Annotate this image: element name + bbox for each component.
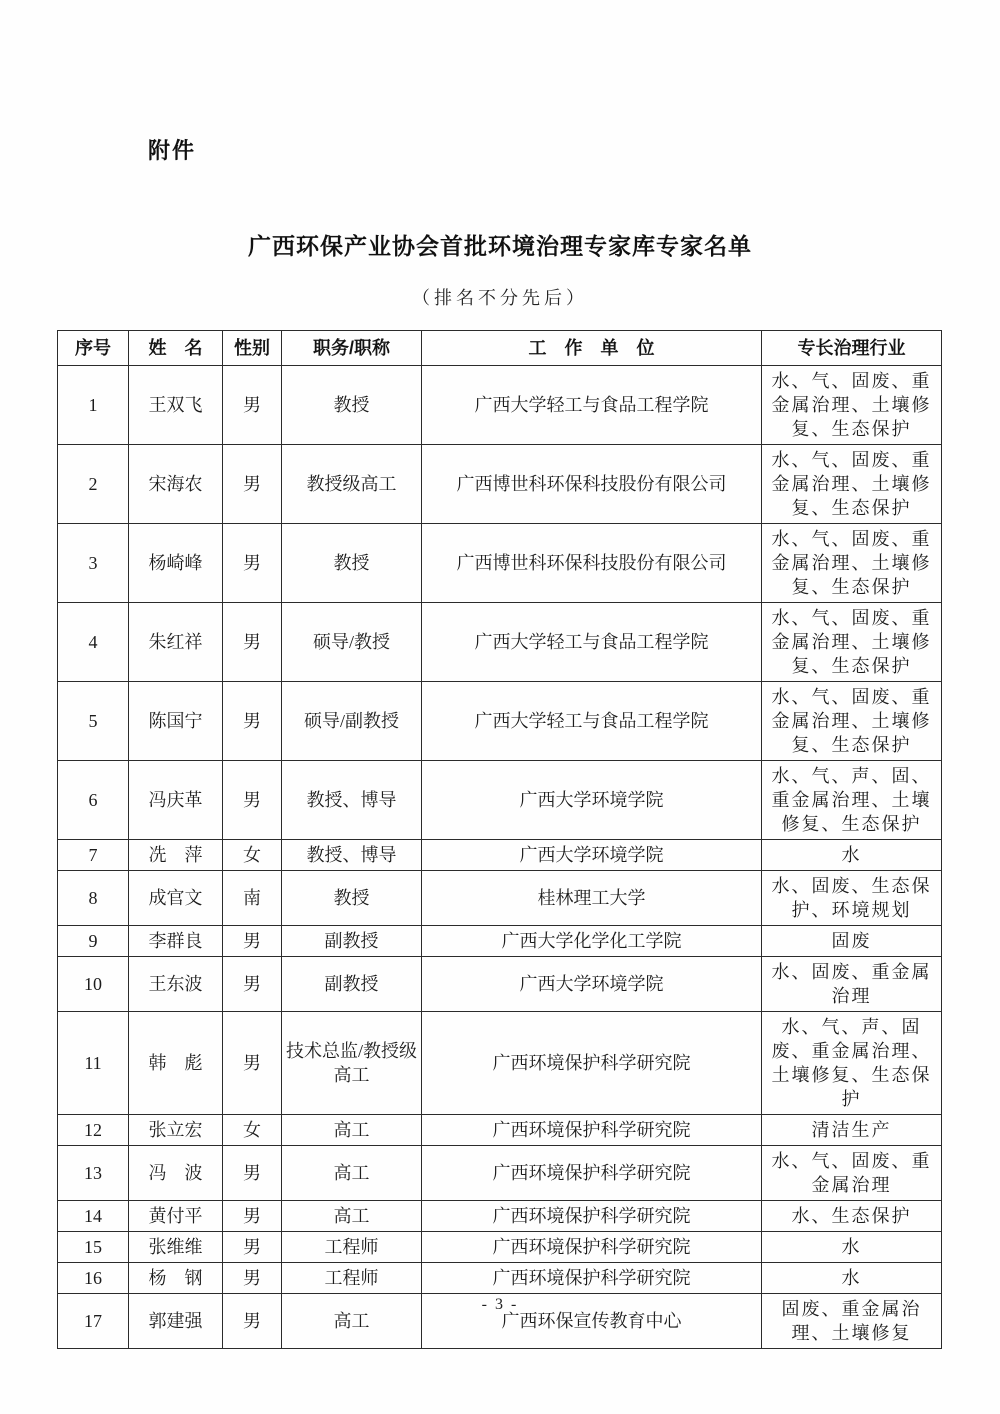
- cell-gender: 男: [223, 1263, 282, 1294]
- cell-workunit: 广西博世科环保科技股份有限公司: [422, 445, 762, 524]
- column-header-workunit: 工 作 单 位: [422, 331, 762, 366]
- cell-gender: 男: [223, 682, 282, 761]
- cell-name: 成官文: [129, 871, 223, 926]
- cell-gender: 男: [223, 957, 282, 1012]
- cell-specialty: 水、气、声、固废、重金属治理、土壤修复、生态保护: [762, 1012, 942, 1115]
- cell-index: 5: [58, 682, 129, 761]
- cell-name: 张维维: [129, 1232, 223, 1263]
- cell-title: 教授级高工: [282, 445, 422, 524]
- column-header-index: 序号: [58, 331, 129, 366]
- cell-name: 朱红祥: [129, 603, 223, 682]
- cell-specialty: 固废: [762, 926, 942, 957]
- cell-specialty: 水、生态保护: [762, 1201, 942, 1232]
- cell-specialty: 水、气、声、固、重金属治理、土壤修复、生态保护: [762, 761, 942, 840]
- cell-index: 2: [58, 445, 129, 524]
- cell-gender: 男: [223, 366, 282, 445]
- cell-title: 工程师: [282, 1263, 422, 1294]
- cell-title: 教授、博导: [282, 761, 422, 840]
- cell-index: 13: [58, 1146, 129, 1201]
- cell-specialty: 水、气、固废、重金属治理: [762, 1146, 942, 1201]
- cell-index: 3: [58, 524, 129, 603]
- cell-specialty: 水: [762, 840, 942, 871]
- cell-index: 6: [58, 761, 129, 840]
- cell-workunit: 广西博世科环保科技股份有限公司: [422, 524, 762, 603]
- table-row: 9李群良男副教授广西大学化学化工学院固废: [58, 926, 942, 957]
- cell-name: 王东波: [129, 957, 223, 1012]
- cell-gender: 南: [223, 871, 282, 926]
- cell-gender: 男: [223, 926, 282, 957]
- cell-workunit: 桂林理工大学: [422, 871, 762, 926]
- table-row: 15张维维男工程师广西环境保护科学研究院水: [58, 1232, 942, 1263]
- column-header-title: 职务/职称: [282, 331, 422, 366]
- table-row: 8成官文南教授桂林理工大学水、固废、生态保护、环境规划: [58, 871, 942, 926]
- experts-table: 序号 姓 名 性别 职务/职称 工 作 单 位 专长治理行业 1王双飞男教授广西…: [57, 330, 942, 1349]
- cell-name: 陈国宁: [129, 682, 223, 761]
- cell-specialty: 水、气、固废、重金属治理、土壤修复、生态保护: [762, 366, 942, 445]
- cell-gender: 男: [223, 761, 282, 840]
- page-number: - 3 -: [0, 1296, 1000, 1314]
- cell-name: 杨 钢: [129, 1263, 223, 1294]
- cell-name: 韩 彪: [129, 1012, 223, 1115]
- cell-specialty: 清洁生产: [762, 1115, 942, 1146]
- cell-specialty: 水、固废、生态保护、环境规划: [762, 871, 942, 926]
- cell-title: 教授: [282, 524, 422, 603]
- cell-index: 4: [58, 603, 129, 682]
- document-page: 附件 广西环保产业协会首批环境治理专家库专家名单 （排名不分先后） 序号 姓 名…: [0, 0, 1000, 1414]
- page-title: 广西环保产业协会首批环境治理专家库专家名单: [0, 228, 1000, 261]
- cell-title: 高工: [282, 1201, 422, 1232]
- cell-workunit: 广西大学化学化工学院: [422, 926, 762, 957]
- cell-workunit: 广西大学环境学院: [422, 840, 762, 871]
- cell-title: 硕导/副教授: [282, 682, 422, 761]
- cell-title: 高工: [282, 1146, 422, 1201]
- cell-workunit: 广西大学轻工与食品工程学院: [422, 366, 762, 445]
- cell-gender: 男: [223, 445, 282, 524]
- table-row: 7冼 萍女教授、博导广西大学环境学院水: [58, 840, 942, 871]
- cell-specialty: 水、固废、重金属治理: [762, 957, 942, 1012]
- cell-index: 7: [58, 840, 129, 871]
- table-row: 12张立宏女高工广西环境保护科学研究院清洁生产: [58, 1115, 942, 1146]
- table-row: 11韩 彪男技术总监/教授级高工广西环境保护科学研究院水、气、声、固废、重金属治…: [58, 1012, 942, 1115]
- cell-index: 15: [58, 1232, 129, 1263]
- cell-index: 9: [58, 926, 129, 957]
- table-row: 1王双飞男教授广西大学轻工与食品工程学院水、气、固废、重金属治理、土壤修复、生态…: [58, 366, 942, 445]
- cell-gender: 女: [223, 840, 282, 871]
- page-subtitle: （排名不分先后）: [0, 284, 1000, 310]
- cell-specialty: 水: [762, 1263, 942, 1294]
- cell-workunit: 广西环境保护科学研究院: [422, 1146, 762, 1201]
- column-header-gender: 性别: [223, 331, 282, 366]
- cell-title: 教授: [282, 871, 422, 926]
- cell-specialty: 水、气、固废、重金属治理、土壤修复、生态保护: [762, 603, 942, 682]
- cell-name: 冯庆革: [129, 761, 223, 840]
- cell-gender: 男: [223, 524, 282, 603]
- cell-gender: 女: [223, 1115, 282, 1146]
- cell-index: 10: [58, 957, 129, 1012]
- cell-name: 黄付平: [129, 1201, 223, 1232]
- cell-gender: 男: [223, 1146, 282, 1201]
- table-row: 16杨 钢男工程师广西环境保护科学研究院水: [58, 1263, 942, 1294]
- table-row: 13冯 波男高工广西环境保护科学研究院水、气、固废、重金属治理: [58, 1146, 942, 1201]
- cell-specialty: 水、气、固废、重金属治理、土壤修复、生态保护: [762, 445, 942, 524]
- cell-name: 王双飞: [129, 366, 223, 445]
- cell-title: 副教授: [282, 957, 422, 1012]
- column-header-name: 姓 名: [129, 331, 223, 366]
- cell-name: 杨崎峰: [129, 524, 223, 603]
- cell-workunit: 广西大学轻工与食品工程学院: [422, 682, 762, 761]
- cell-name: 李群良: [129, 926, 223, 957]
- table-header-row: 序号 姓 名 性别 职务/职称 工 作 单 位 专长治理行业: [58, 331, 942, 366]
- table-row: 6冯庆革男教授、博导广西大学环境学院水、气、声、固、重金属治理、土壤修复、生态保…: [58, 761, 942, 840]
- table-row: 2宋海农男教授级高工广西博世科环保科技股份有限公司水、气、固废、重金属治理、土壤…: [58, 445, 942, 524]
- cell-title: 硕导/教授: [282, 603, 422, 682]
- cell-title: 教授: [282, 366, 422, 445]
- cell-index: 14: [58, 1201, 129, 1232]
- cell-index: 16: [58, 1263, 129, 1294]
- table-row: 10王东波男副教授广西大学环境学院水、固废、重金属治理: [58, 957, 942, 1012]
- cell-name: 宋海农: [129, 445, 223, 524]
- cell-title: 工程师: [282, 1232, 422, 1263]
- table-row: 3杨崎峰男教授广西博世科环保科技股份有限公司水、气、固废、重金属治理、土壤修复、…: [58, 524, 942, 603]
- cell-name: 冼 萍: [129, 840, 223, 871]
- cell-gender: 男: [223, 1232, 282, 1263]
- cell-index: 11: [58, 1012, 129, 1115]
- cell-title: 教授、博导: [282, 840, 422, 871]
- cell-workunit: 广西环境保护科学研究院: [422, 1012, 762, 1115]
- cell-workunit: 广西大学轻工与食品工程学院: [422, 603, 762, 682]
- cell-name: 张立宏: [129, 1115, 223, 1146]
- cell-title: 高工: [282, 1115, 422, 1146]
- cell-gender: 男: [223, 1012, 282, 1115]
- cell-index: 1: [58, 366, 129, 445]
- cell-gender: 男: [223, 1201, 282, 1232]
- cell-title: 副教授: [282, 926, 422, 957]
- table-row: 14黄付平男高工广西环境保护科学研究院水、生态保护: [58, 1201, 942, 1232]
- cell-specialty: 水: [762, 1232, 942, 1263]
- table-row: 4朱红祥男硕导/教授广西大学轻工与食品工程学院水、气、固废、重金属治理、土壤修复…: [58, 603, 942, 682]
- cell-workunit: 广西环境保护科学研究院: [422, 1232, 762, 1263]
- cell-title: 技术总监/教授级高工: [282, 1012, 422, 1115]
- cell-workunit: 广西大学环境学院: [422, 761, 762, 840]
- cell-specialty: 水、气、固废、重金属治理、土壤修复、生态保护: [762, 524, 942, 603]
- attachment-label: 附件: [148, 134, 196, 165]
- cell-workunit: 广西大学环境学院: [422, 957, 762, 1012]
- cell-gender: 男: [223, 603, 282, 682]
- cell-name: 冯 波: [129, 1146, 223, 1201]
- cell-index: 8: [58, 871, 129, 926]
- column-header-specialty: 专长治理行业: [762, 331, 942, 366]
- table-row: 5陈国宁男硕导/副教授广西大学轻工与食品工程学院水、气、固废、重金属治理、土壤修…: [58, 682, 942, 761]
- cell-specialty: 水、气、固废、重金属治理、土壤修复、生态保护: [762, 682, 942, 761]
- cell-workunit: 广西环境保护科学研究院: [422, 1201, 762, 1232]
- cell-index: 12: [58, 1115, 129, 1146]
- experts-table-body: 1王双飞男教授广西大学轻工与食品工程学院水、气、固废、重金属治理、土壤修复、生态…: [58, 366, 942, 1349]
- cell-workunit: 广西环境保护科学研究院: [422, 1263, 762, 1294]
- cell-workunit: 广西环境保护科学研究院: [422, 1115, 762, 1146]
